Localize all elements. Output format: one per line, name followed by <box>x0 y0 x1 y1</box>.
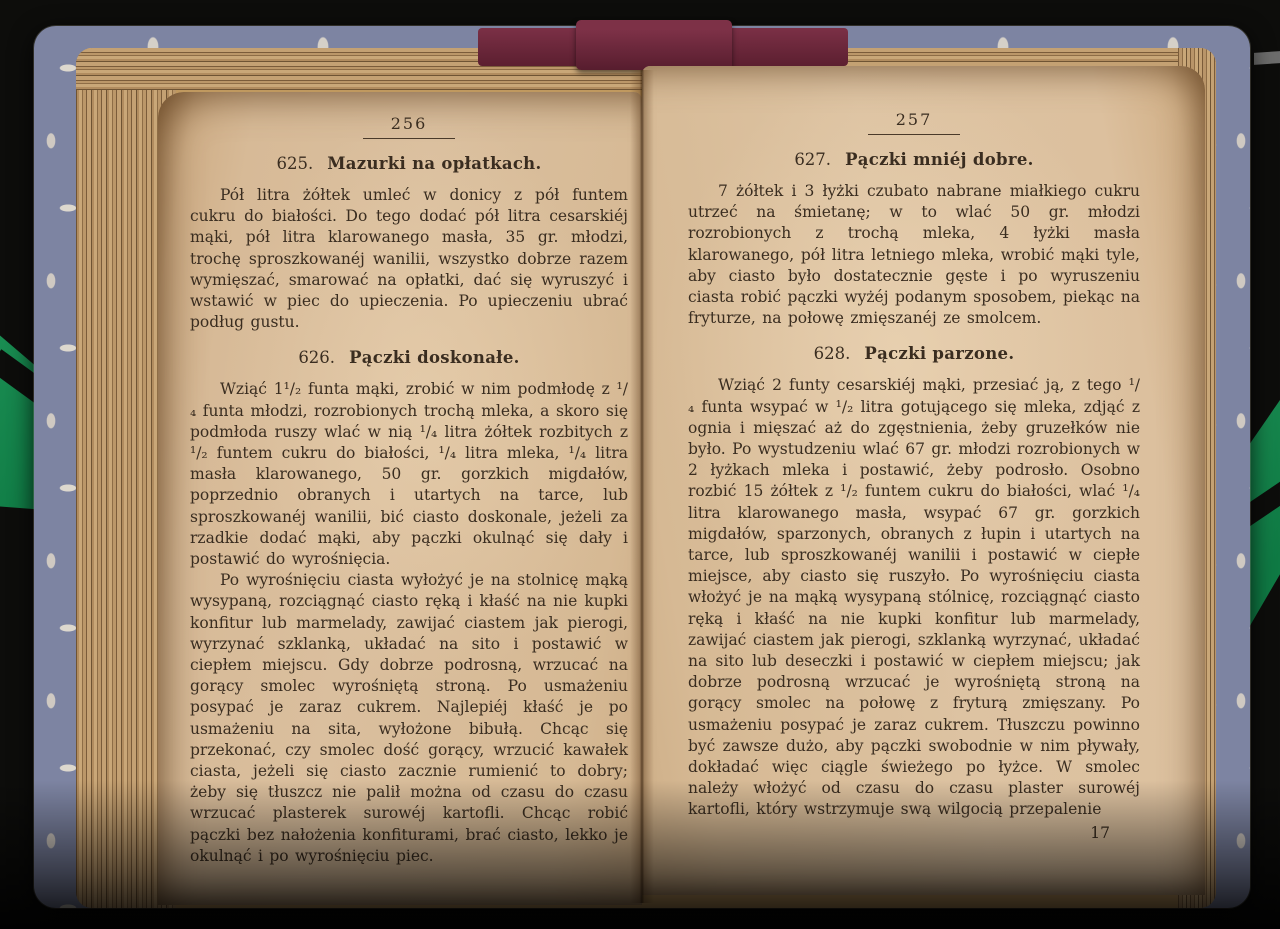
left-page-header: 256 <box>190 114 628 139</box>
recipe-628-title: Pączki parzone. <box>864 344 1014 363</box>
book-photo: 256 625.Mazurki na opłatkach. Pół litra … <box>0 0 1280 929</box>
spine-headband-cap <box>576 20 732 70</box>
page-number-right: 257 <box>868 110 961 135</box>
page-number-left: 256 <box>363 114 456 139</box>
recipe-625-number: 625. <box>276 154 313 173</box>
recipe-627-number: 627. <box>794 150 831 169</box>
recipe-626-title: Pączki doskonałe. <box>349 348 520 367</box>
left-page-text: 256 625.Mazurki na opłatkach. Pół litra … <box>190 114 628 867</box>
recipe-628-heading: 628.Pączki parzone. <box>688 344 1140 363</box>
right-page-header: 257 <box>688 110 1140 135</box>
recipe-625-heading: 625.Mazurki na opłatkach. <box>190 154 628 173</box>
recipe-626-heading: 626.Pączki doskonałe. <box>190 348 628 367</box>
recipe-628-number: 628. <box>814 344 851 363</box>
recipe-627-paragraph-1: 7 żółtek i 3 łyżki czubato nabrane miałk… <box>688 181 1140 329</box>
recipe-627-heading: 627.Pączki mniéj dobre. <box>688 150 1140 169</box>
recipe-625-title: Mazurki na opłatkach. <box>327 154 541 173</box>
recipe-626-paragraph-2: Po wyrośnięciu ciasta wyłożyć je na stol… <box>190 570 628 867</box>
right-page-text: 257 627.Pączki mniéj dobre. 7 żółtek i 3… <box>688 110 1140 842</box>
recipe-628-paragraph-1: Wziąć 2 funty cesarskiéj mąki, przesiać … <box>688 375 1140 820</box>
recipe-626-paragraph-1: Wziąć 1¹/₂ funta mąki, zrobić w nim podm… <box>190 379 628 570</box>
recipe-625-paragraph-1: Pół litra żółtek umleć w donicy z pół fu… <box>190 185 628 333</box>
recipe-627-title: Pączki mniéj dobre. <box>845 150 1034 169</box>
background-artifact <box>1254 51 1280 65</box>
gutter-shadow <box>630 70 654 903</box>
signature-mark: 17 <box>688 824 1140 842</box>
recipe-626-number: 626. <box>298 348 335 367</box>
